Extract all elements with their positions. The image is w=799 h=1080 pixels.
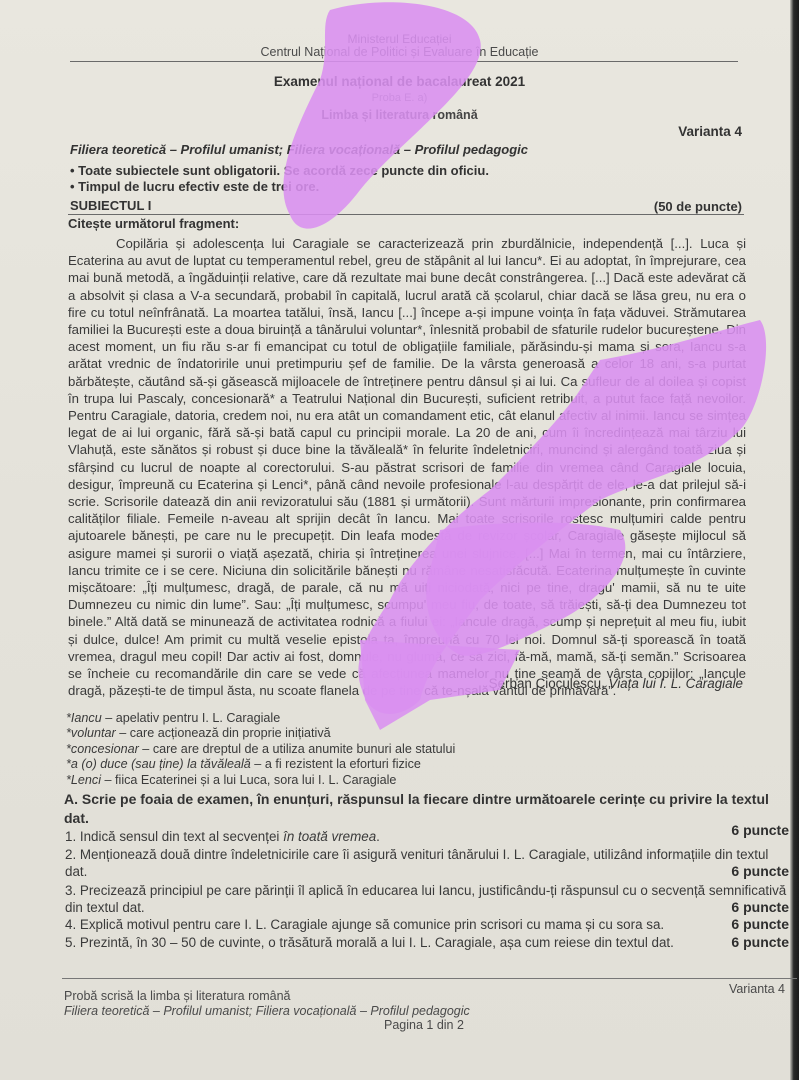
part-a-heading: A. Scrie pe foaia de examen, în enunțuri… bbox=[64, 790, 788, 828]
subject-1-points: (50 de puncte) bbox=[654, 199, 742, 214]
source-citation: Șerban Cioculescu, Viața lui I. L. Carag… bbox=[489, 676, 743, 691]
requirement-item: 6 puncte 3. Precizează principiul pe car… bbox=[65, 882, 789, 916]
exam-title: Examenul național de bacalaureat 2021 bbox=[0, 74, 799, 89]
note-item: *a (o) duce (sau ține) la tăvăleală – a … bbox=[66, 757, 455, 772]
header-rule bbox=[70, 61, 738, 62]
center-name: Centrul Național de Politici și Evaluare… bbox=[0, 45, 799, 59]
ministry-name: Ministerul Educației bbox=[0, 32, 799, 46]
footer-line-1: Probă scrisă la limba și literatura româ… bbox=[64, 989, 290, 1003]
requirement-points: 6 puncte bbox=[731, 934, 789, 951]
requirement-item: 6 puncte 2. Menționează două dintre înde… bbox=[65, 846, 789, 880]
note-item: *Lenci – fiica Ecaterinei și a lui Luca,… bbox=[66, 773, 455, 788]
variant-label: Varianta 4 bbox=[678, 124, 742, 139]
subject-name: Limba și literatura română bbox=[0, 108, 799, 122]
subject-1-title: SUBIECTUL I bbox=[70, 198, 151, 213]
requirement-points: 6 puncte bbox=[731, 822, 789, 839]
rule-2: • Timpul de lucru efectiv este de trei o… bbox=[70, 179, 319, 194]
note-item: *Iancu – apelativ pentru I. L. Caragiale bbox=[66, 711, 455, 726]
glossary-notes: *Iancu – apelativ pentru I. L. Caragiale… bbox=[66, 711, 455, 788]
filiera-label: Filiera teoretică – Profilul umanist; Fi… bbox=[70, 142, 528, 157]
subject-rule bbox=[68, 214, 744, 215]
requirement-points: 6 puncte bbox=[731, 916, 789, 933]
footer-rule bbox=[62, 978, 797, 979]
rule-1: • Toate subiectele sunt obligatorii. Se … bbox=[70, 163, 489, 178]
fragment-text: Copilăria și adolescența lui Caragiale s… bbox=[68, 235, 746, 699]
page-number: Pagina 1 din 2 bbox=[384, 1018, 464, 1032]
source-author: Șerban Cioculescu, bbox=[489, 676, 609, 691]
requirement-points: 6 puncte bbox=[731, 863, 789, 880]
requirement-item: 6 puncte 5. Prezintă, în 30 – 50 de cuvi… bbox=[65, 934, 789, 951]
requirements-list: 6 puncte 1. Indică sensul din text al se… bbox=[65, 828, 789, 951]
note-item: *concesionar – care are dreptul de a uti… bbox=[66, 742, 455, 757]
fragment-instruction: Citește următorul fragment: bbox=[68, 216, 239, 231]
literary-fragment: Copilăria și adolescența lui Caragiale s… bbox=[68, 235, 746, 699]
requirement-item: 6 puncte 4. Explică motivul pentru care … bbox=[65, 916, 789, 933]
proba-label: Proba E. a) bbox=[0, 92, 799, 104]
note-item: *voluntar – care acționează din proprie … bbox=[66, 726, 455, 741]
requirement-item: 6 puncte 1. Indică sensul din text al se… bbox=[65, 828, 789, 845]
footer-line-2: Filiera teoretică – Profilul umanist; Fi… bbox=[64, 1004, 470, 1018]
requirement-points: 6 puncte bbox=[731, 899, 789, 916]
page-edge-shadow bbox=[790, 0, 799, 1080]
source-title: Viața lui I. L. Caragiale bbox=[609, 676, 743, 691]
footer-variant: Varianta 4 bbox=[729, 982, 785, 996]
